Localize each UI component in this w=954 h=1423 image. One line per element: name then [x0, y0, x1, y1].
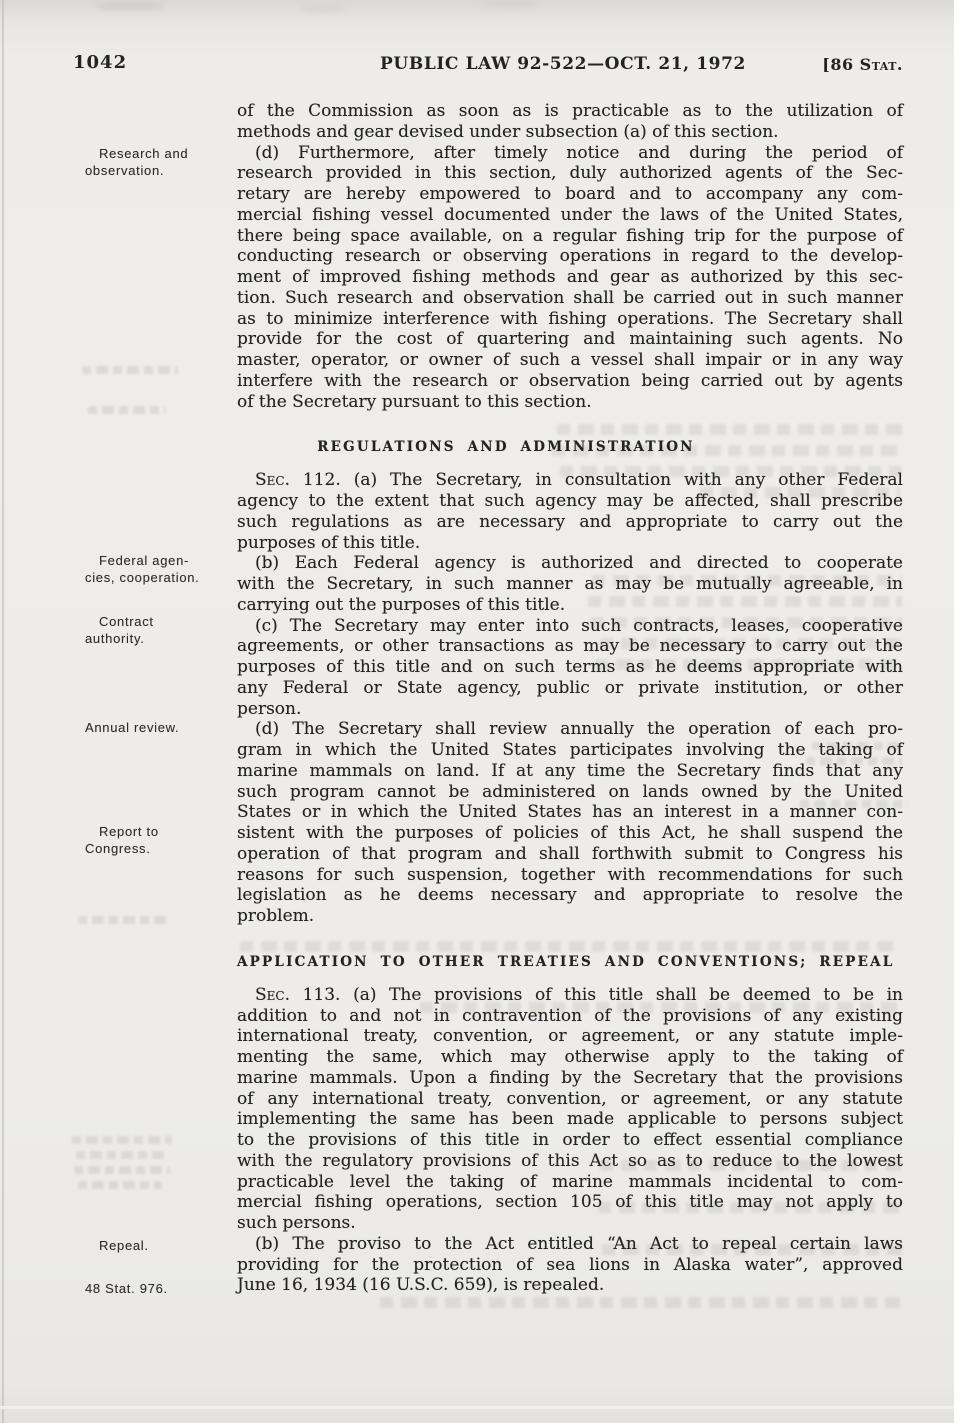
margin-note-line: cies, cooperation.: [85, 570, 235, 587]
text-line: carrying out the purposes of this title.: [237, 595, 903, 616]
text-line: problem.: [237, 906, 903, 927]
text-line: of the Secretary pursuant to this sectio…: [237, 392, 903, 413]
text-line: with the regulatory provisions of this A…: [237, 1151, 903, 1172]
margin-note-line: 48 Stat. 976.: [85, 1281, 235, 1298]
text-line: mercial fishing vessel documented under …: [237, 205, 903, 226]
margin-note: Federal agen-cies, cooperation.: [85, 553, 235, 587]
text-line: marine mammals on land. If at any time t…: [237, 761, 903, 782]
paragraph: (b) The proviso to the Act entitled “An …: [237, 1234, 903, 1296]
section-label: Sec.: [255, 985, 290, 1005]
paragraph: (c) The Secretary may enter into such co…: [237, 616, 903, 720]
paragraph: (d) Furthermore, after timely notice and…: [237, 143, 903, 413]
text-line: research provided in this section, duly …: [237, 163, 903, 184]
text-line: methods and gear devised under subsectio…: [237, 122, 903, 143]
section-heading: REGULATIONS AND ADMINISTRATION: [237, 438, 903, 456]
text-line: of any international treaty, convention,…: [237, 1089, 903, 1110]
text-line: ment of improved fishing methods and gea…: [237, 267, 903, 288]
text-line: with the Secretary, in such manner as ma…: [237, 574, 903, 595]
margin-note-line: Federal agen-: [85, 553, 235, 570]
scan-smudge: [480, 2, 540, 8]
paragraph: (d) The Secretary shall review annually …: [237, 719, 903, 927]
margin-note: Research andobservation.: [85, 146, 235, 180]
text-line: person.: [237, 699, 903, 720]
paragraph: of the Commission as soon as is practica…: [237, 101, 903, 143]
text-line: marine mammals. Upon a finding by the Se…: [237, 1068, 903, 1089]
scan-smudge: [300, 6, 346, 12]
text-line: international treaty, convention, or agr…: [237, 1026, 903, 1047]
text-line: (d) The Secretary shall review annually …: [237, 719, 903, 740]
margin-note: Report toCongress.: [85, 824, 235, 858]
text-line: (c) The Secretary may enter into such co…: [237, 616, 903, 637]
section-heading: APPLICATION TO OTHER TREATIES AND CONVEN…: [237, 953, 903, 971]
text-line: such program cannot be administered on l…: [237, 782, 903, 803]
text-line: reasons for such suspension, together wi…: [237, 865, 903, 886]
text-line: provide for the cost of quartering and m…: [237, 329, 903, 350]
text-line: sistent with the purposes of policies of…: [237, 823, 903, 844]
text-line: States or in which the United States has…: [237, 802, 903, 823]
bleedthrough-artifact: [380, 1297, 900, 1308]
margin-note: Repeal.: [85, 1238, 235, 1255]
text-line: there being space available, on a regula…: [237, 226, 903, 247]
text-line: mercial fishing operations, section 105 …: [237, 1192, 903, 1213]
text-line: legislation as he deems necessary and ap…: [237, 885, 903, 906]
margin-note-line: authority.: [85, 631, 235, 648]
margin-note-line: Repeal.: [85, 1238, 235, 1255]
margin-notes: Research andobservation.Federal agen-cie…: [0, 0, 237, 1423]
text-line: purposes of this title and on such terms…: [237, 657, 903, 678]
text-line: Sec. 113. (a) The provisions of this tit…: [237, 985, 903, 1006]
text-line: gram in which the United States particip…: [237, 740, 903, 761]
margin-note-line: Annual review.: [85, 720, 235, 737]
text-line: Sec. 112. (a) The Secretary, in consulta…: [237, 470, 903, 491]
text-line: (d) Furthermore, after timely notice and…: [237, 143, 903, 164]
text-line: such persons.: [237, 1213, 903, 1234]
text-line: menting the same, which may otherwise ap…: [237, 1047, 903, 1068]
text-line: conducting research or observing operati…: [237, 246, 903, 267]
margin-note-line: Contract: [85, 614, 235, 631]
text-line: (b) Each Federal agency is authorized an…: [237, 553, 903, 574]
text-line: implementing the same has been made appl…: [237, 1109, 903, 1130]
paragraph: (b) Each Federal agency is authorized an…: [237, 553, 903, 615]
text-line: tion. Such research and observation shal…: [237, 288, 903, 309]
statutes-volume-ref: [86 Stat.: [822, 55, 903, 74]
text-line: any Federal or State agency, public or p…: [237, 678, 903, 699]
text-line: agency to the extent that such agency ma…: [237, 491, 903, 512]
paragraph: Sec. 113. (a) The provisions of this tit…: [237, 985, 903, 1234]
margin-note-line: Research and: [85, 146, 235, 163]
margin-note-line: Report to: [85, 824, 235, 841]
running-head-law-title: PUBLIC LAW 92-522—OCT. 21, 1972: [237, 54, 903, 74]
text-line: June 16, 1934 (16 U.S.C. 659), is repeal…: [237, 1275, 903, 1296]
text-line: interfere with the research or observati…: [237, 371, 903, 392]
margin-note: 48 Stat. 976.: [85, 1281, 235, 1298]
margin-note: Contractauthority.: [85, 614, 235, 648]
text-line: operation of that program and shall fort…: [237, 844, 903, 865]
section-label: Sec.: [255, 470, 290, 490]
statute-page: 1042 PUBLIC LAW 92-522—OCT. 21, 1972 [86…: [0, 0, 954, 1423]
body-column: of the Commission as soon as is practica…: [237, 101, 903, 1296]
text-line: as to minimize interference with fishing…: [237, 309, 903, 330]
text-line: purposes of this title.: [237, 533, 903, 554]
text-line: addition to and not in contravention of …: [237, 1006, 903, 1027]
margin-note-line: Congress.: [85, 841, 235, 858]
text-line: agreements, or other transactions as may…: [237, 636, 903, 657]
text-line: (b) The proviso to the Act entitled “An …: [237, 1234, 903, 1255]
margin-note-line: observation.: [85, 163, 235, 180]
text-line: practicable level the taking of marine m…: [237, 1172, 903, 1193]
text-line: to the provisions of this title in order…: [237, 1130, 903, 1151]
text-line: master, operator, or owner of such a ves…: [237, 350, 903, 371]
paragraph: Sec. 112. (a) The Secretary, in consulta…: [237, 470, 903, 553]
text-line: of the Commission as soon as is practica…: [237, 101, 903, 122]
text-line: retary are hereby empowered to board and…: [237, 184, 903, 205]
text-line: providing for the protection of sea lion…: [237, 1255, 903, 1276]
text-line: such regulations as are necessary and ap…: [237, 512, 903, 533]
margin-note: Annual review.: [85, 720, 235, 737]
